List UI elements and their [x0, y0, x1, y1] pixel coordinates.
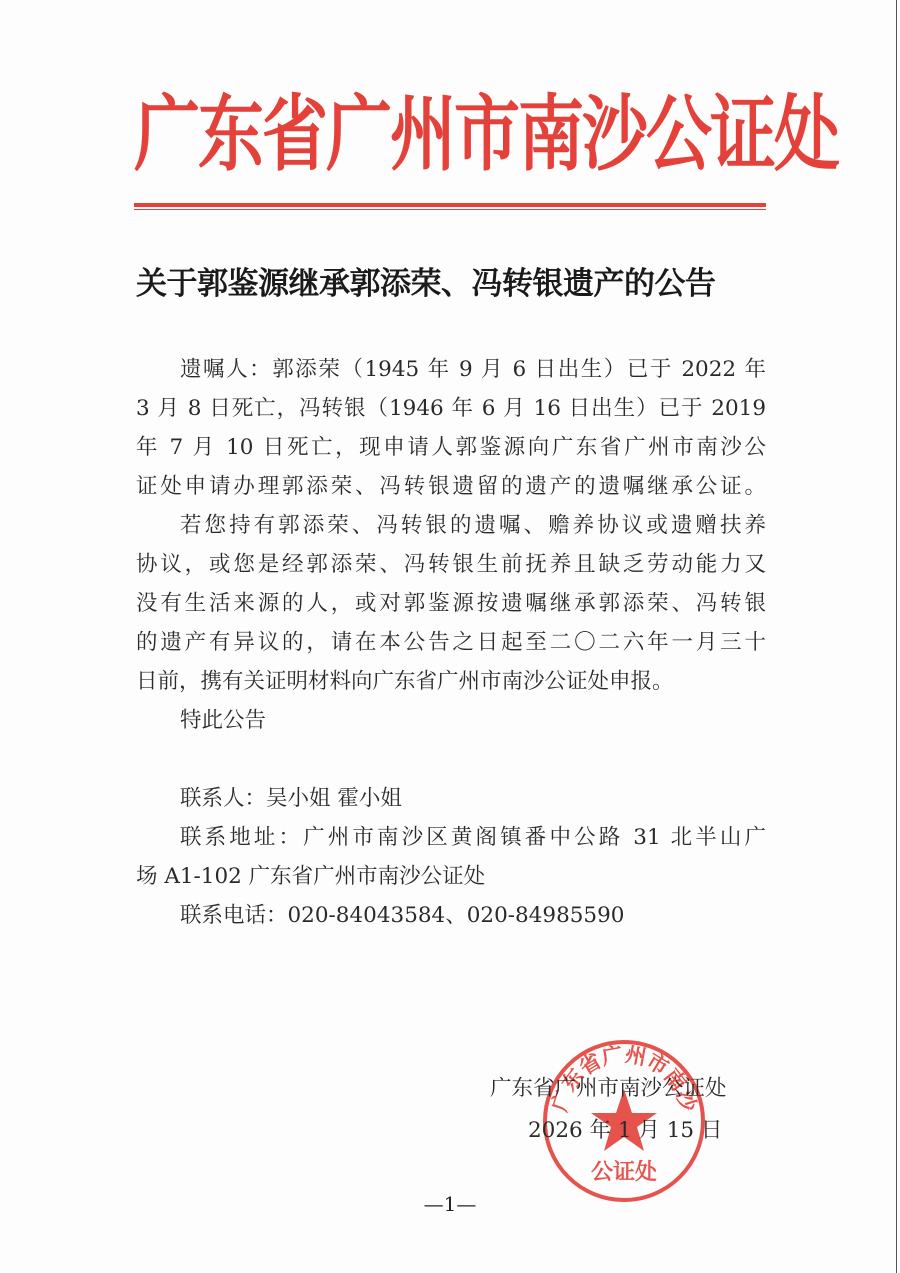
issue-date: 2026 年 1 月 15 日 — [490, 1110, 727, 1152]
svg-text:公证处: 公证处 — [591, 1159, 657, 1185]
contact-address-cont: 场 A1-102 广东省广州市南沙公证处 — [136, 857, 766, 896]
body-line: 3 月 8 日死亡，冯转银（1946 年 6 月 16 日出生）已于 2019 — [136, 389, 766, 428]
notice-body: 遗嘱人：郭添荣（1945 年 9 月 6 日出生）已于 2022 年 3 月 8… — [136, 350, 766, 935]
contact-person: 联系人：吴小姐 霍小姐 — [136, 779, 766, 818]
body-line: 协议，或您是经郭添荣、冯转银生前抚养且缺乏劳动能力又 — [136, 545, 766, 584]
body-line: 没有生活来源的人，或对郭鉴源按遗嘱继承郭添荣、冯转银 — [136, 584, 766, 623]
body-line: 若您持有郭添荣、冯转银的遗嘱、赡养协议或遗赠扶养 — [136, 506, 766, 545]
page-edge-line — [896, 0, 897, 1273]
body-line: 日前，携有关证明材料向广东省广州市南沙公证处申报。 — [136, 662, 766, 701]
body-line: 年 7 月 10 日死亡，现申请人郭鉴源向广东省广州市南沙公 — [136, 428, 766, 467]
issuer-name: 广东省广州市南沙公证处 — [490, 1068, 727, 1110]
spacer — [136, 740, 766, 779]
notice-title: 关于郭鉴源继承郭添荣、冯转银遗产的公告 — [136, 258, 776, 303]
contact-address: 联系地址：广州市南沙区黄阁镇番中公路 31 北半山广 — [136, 818, 766, 857]
body-line: 证处申请办理郭添荣、冯转银遗留的遗产的遗嘱继承公证。 — [136, 467, 766, 506]
letterhead-rule-thick — [134, 203, 766, 207]
closing-phrase: 特此公告 — [136, 701, 766, 740]
body-line: 遗嘱人：郭添荣（1945 年 9 月 6 日出生）已于 2022 年 — [136, 350, 766, 389]
body-line: 的遗产有异议的，请在本公告之日起至二〇二六年一月三十 — [136, 623, 766, 662]
page-number: —1— — [0, 1192, 900, 1216]
letterhead-rule-thin — [134, 209, 766, 210]
signoff: 广东省广州市南沙公证处 2026 年 1 月 15 日 — [490, 1068, 727, 1152]
contact-phone: 联系电话：020-84043584、020-84985590 — [136, 896, 766, 935]
letterhead-title: 广东省广州市南沙公证处 — [134, 61, 766, 186]
